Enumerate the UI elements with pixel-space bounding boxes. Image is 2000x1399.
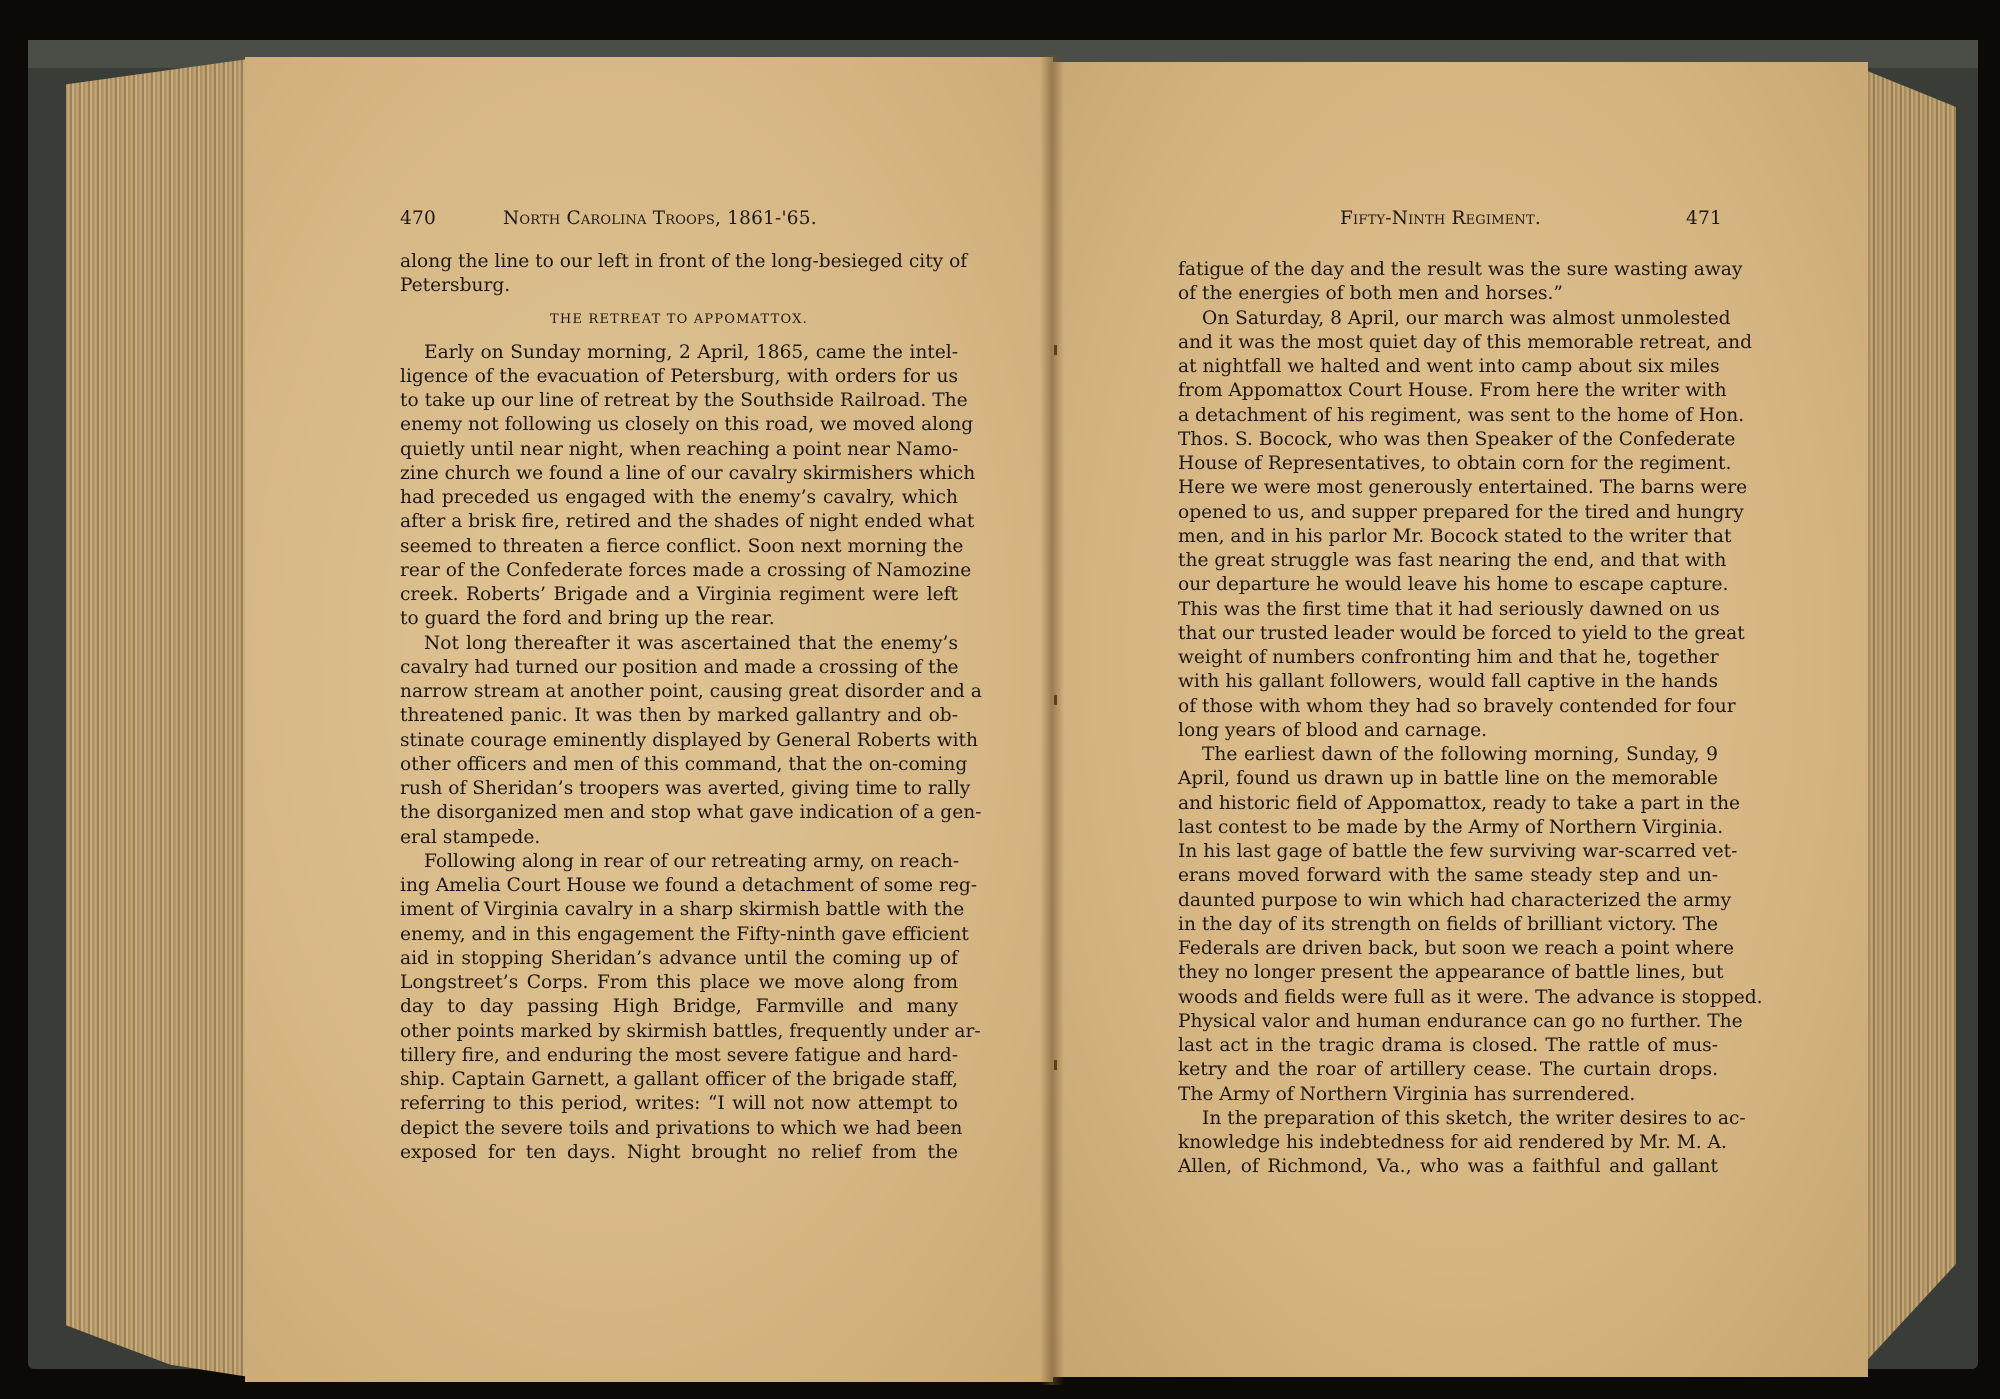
text-line: daunted purpose to win which had charact… [1178,889,1718,913]
text-line: Following along in rear of our retreatin… [400,850,958,874]
left-page-number: 470 [400,208,436,229]
text-line: last act in the tragic drama is closed. … [1178,1034,1718,1058]
text-line: of the energies of both men and horses.” [1178,282,1718,306]
text-line: rush of Sheridan’s troopers was averted,… [400,777,958,801]
right-page-text: fatigue of the day and the result was th… [1178,258,1718,1180]
text-line: in the day of its strength on fields of … [1178,913,1718,937]
text-line: This was the first time that it had seri… [1178,598,1718,622]
text-line: ing Amelia Court House we found a detach… [400,874,958,898]
text-line: erans moved forward with the same steady… [1178,864,1718,888]
text-line: with his gallant followers, would fall c… [1178,670,1718,694]
text-line: narrow stream at another point, causing … [400,680,958,704]
text-line: knowledge his indebtedness for aid rende… [1178,1131,1718,1155]
blue-ink-marking [1200,0,1520,30]
text-line: day to day passing High Bridge, Farmvill… [400,995,958,1019]
text-line: woods and fields were full as it were. T… [1178,986,1718,1010]
text-line: Thos. S. Bocock, who was then Speaker of… [1178,428,1718,452]
text-line: cavalry had turned our position and made… [400,656,958,680]
gutter-mark [1054,695,1057,705]
text-line: long years of blood and carnage. [1178,719,1718,743]
text-line: iment of Virginia cavalry in a sharp ski… [400,898,958,922]
gutter-mark [1054,345,1057,355]
text-line: to guard the ford and bring up the rear. [400,607,958,631]
text-line: that our trusted leader would be forced … [1178,622,1718,646]
text-line: Not long thereafter it was ascertained t… [400,632,958,656]
text-line: opened to us, and supper prepared for th… [1178,501,1718,525]
text-line: depict the severe toils and privations t… [400,1117,958,1141]
text-line: aid in stopping Sheridan’s advance until… [400,947,958,971]
text-line: exposed for ten days. Night brought no r… [400,1141,958,1165]
text-line: In the preparation of this sketch, the w… [1178,1107,1718,1131]
text-line: Allen, of Richmond, Va., who was a faith… [1178,1155,1718,1179]
text-line: seemed to threaten a fierce conflict. So… [400,535,958,559]
text-line: In his last gage of battle the few survi… [1178,840,1718,864]
text-line: the great struggle was fast nearing the … [1178,549,1718,573]
left-page-text: along the line to our left in front of t… [400,250,958,1165]
text-line: creek. Roberts’ Brigade and a Virginia r… [400,583,958,607]
text-line: Early on Sunday morning, 2 April, 1865, … [400,341,958,365]
text-line: ship. Captain Garnett, a gallant officer… [400,1068,958,1092]
left-page-edges [66,58,256,1378]
text-line: Here we were most generously entertained… [1178,476,1718,500]
section-heading: THE RETREAT TO APPOMATTOX. [400,309,958,331]
right-running-title: Fifty-Ninth Regiment. [1340,208,1541,229]
text-line: of those with whom they had so bravely c… [1178,695,1718,719]
gutter-mark [1054,1060,1057,1070]
text-line: fatigue of the day and the result was th… [1178,258,1718,282]
text-line: from Appomattox Court House. From here t… [1178,379,1718,403]
text-line: tillery fire, and enduring the most seve… [400,1044,958,1068]
text-line: a detachment of his regiment, was sent t… [1178,404,1718,428]
text-line: other points marked by skirmish battles,… [400,1020,958,1044]
text-line: House of Representatives, to obtain corn… [1178,452,1718,476]
text-line: they no longer present the appearance of… [1178,961,1718,985]
text-line: enemy not following us closely on this r… [400,413,958,437]
text-line: April, found us drawn up in battle line … [1178,767,1718,791]
text-line: Physical valor and human endurance can g… [1178,1010,1718,1034]
text-line: and it was the most quiet day of this me… [1178,331,1718,355]
text-line: ligence of the evacuation of Petersburg,… [400,365,958,389]
text-line: to take up our line of retreat by the So… [400,389,958,413]
text-line: at nightfall we halted and went into cam… [1178,355,1718,379]
text-line: the disorganized men and stop what gave … [400,801,958,825]
text-line: Petersburg. [400,274,958,298]
text-line: Federals are driven back, but soon we re… [1178,937,1718,961]
book-gutter [1040,55,1064,1385]
text-line: other officers and men of this command, … [400,753,958,777]
text-line: stinate courage eminently displayed by G… [400,729,958,753]
text-line: On Saturday, 8 April, our march was almo… [1178,307,1718,331]
text-line: men, and in his parlor Mr. Bocock stated… [1178,525,1718,549]
text-line: Longstreet’s Corps. From this place we m… [400,971,958,995]
text-line: had preceded us engaged with the enemy’s… [400,486,958,510]
left-running-title: North Carolina Troops, 1861-'65. [503,208,817,229]
text-line: The Army of Northern Virginia has surren… [1178,1083,1718,1107]
right-page-edges [1860,68,1956,1368]
text-line: weight of numbers confronting him and th… [1178,646,1718,670]
text-line: our departure he would leave his home to… [1178,573,1718,597]
text-line: enemy, and in this engagement the Fifty-… [400,923,958,947]
text-line: The earliest dawn of the following morni… [1178,743,1718,767]
text-line: after a brisk fire, retired and the shad… [400,510,958,534]
text-line: quietly until near night, when reaching … [400,438,958,462]
text-line: rear of the Confederate forces made a cr… [400,559,958,583]
text-line: and historic field of Appomattox, ready … [1178,792,1718,816]
text-line: eral stampede. [400,826,958,850]
text-line: referring to this period, writes: “I wil… [400,1092,958,1116]
right-page-number: 471 [1686,208,1722,229]
text-line: last contest to be made by the Army of N… [1178,816,1718,840]
text-line: ketry and the roar of artillery cease. T… [1178,1058,1718,1082]
text-line: zine church we found a line of our caval… [400,462,958,486]
text-line: along the line to our left in front of t… [400,250,958,274]
text-line: threatened panic. It was then by marked … [400,704,958,728]
